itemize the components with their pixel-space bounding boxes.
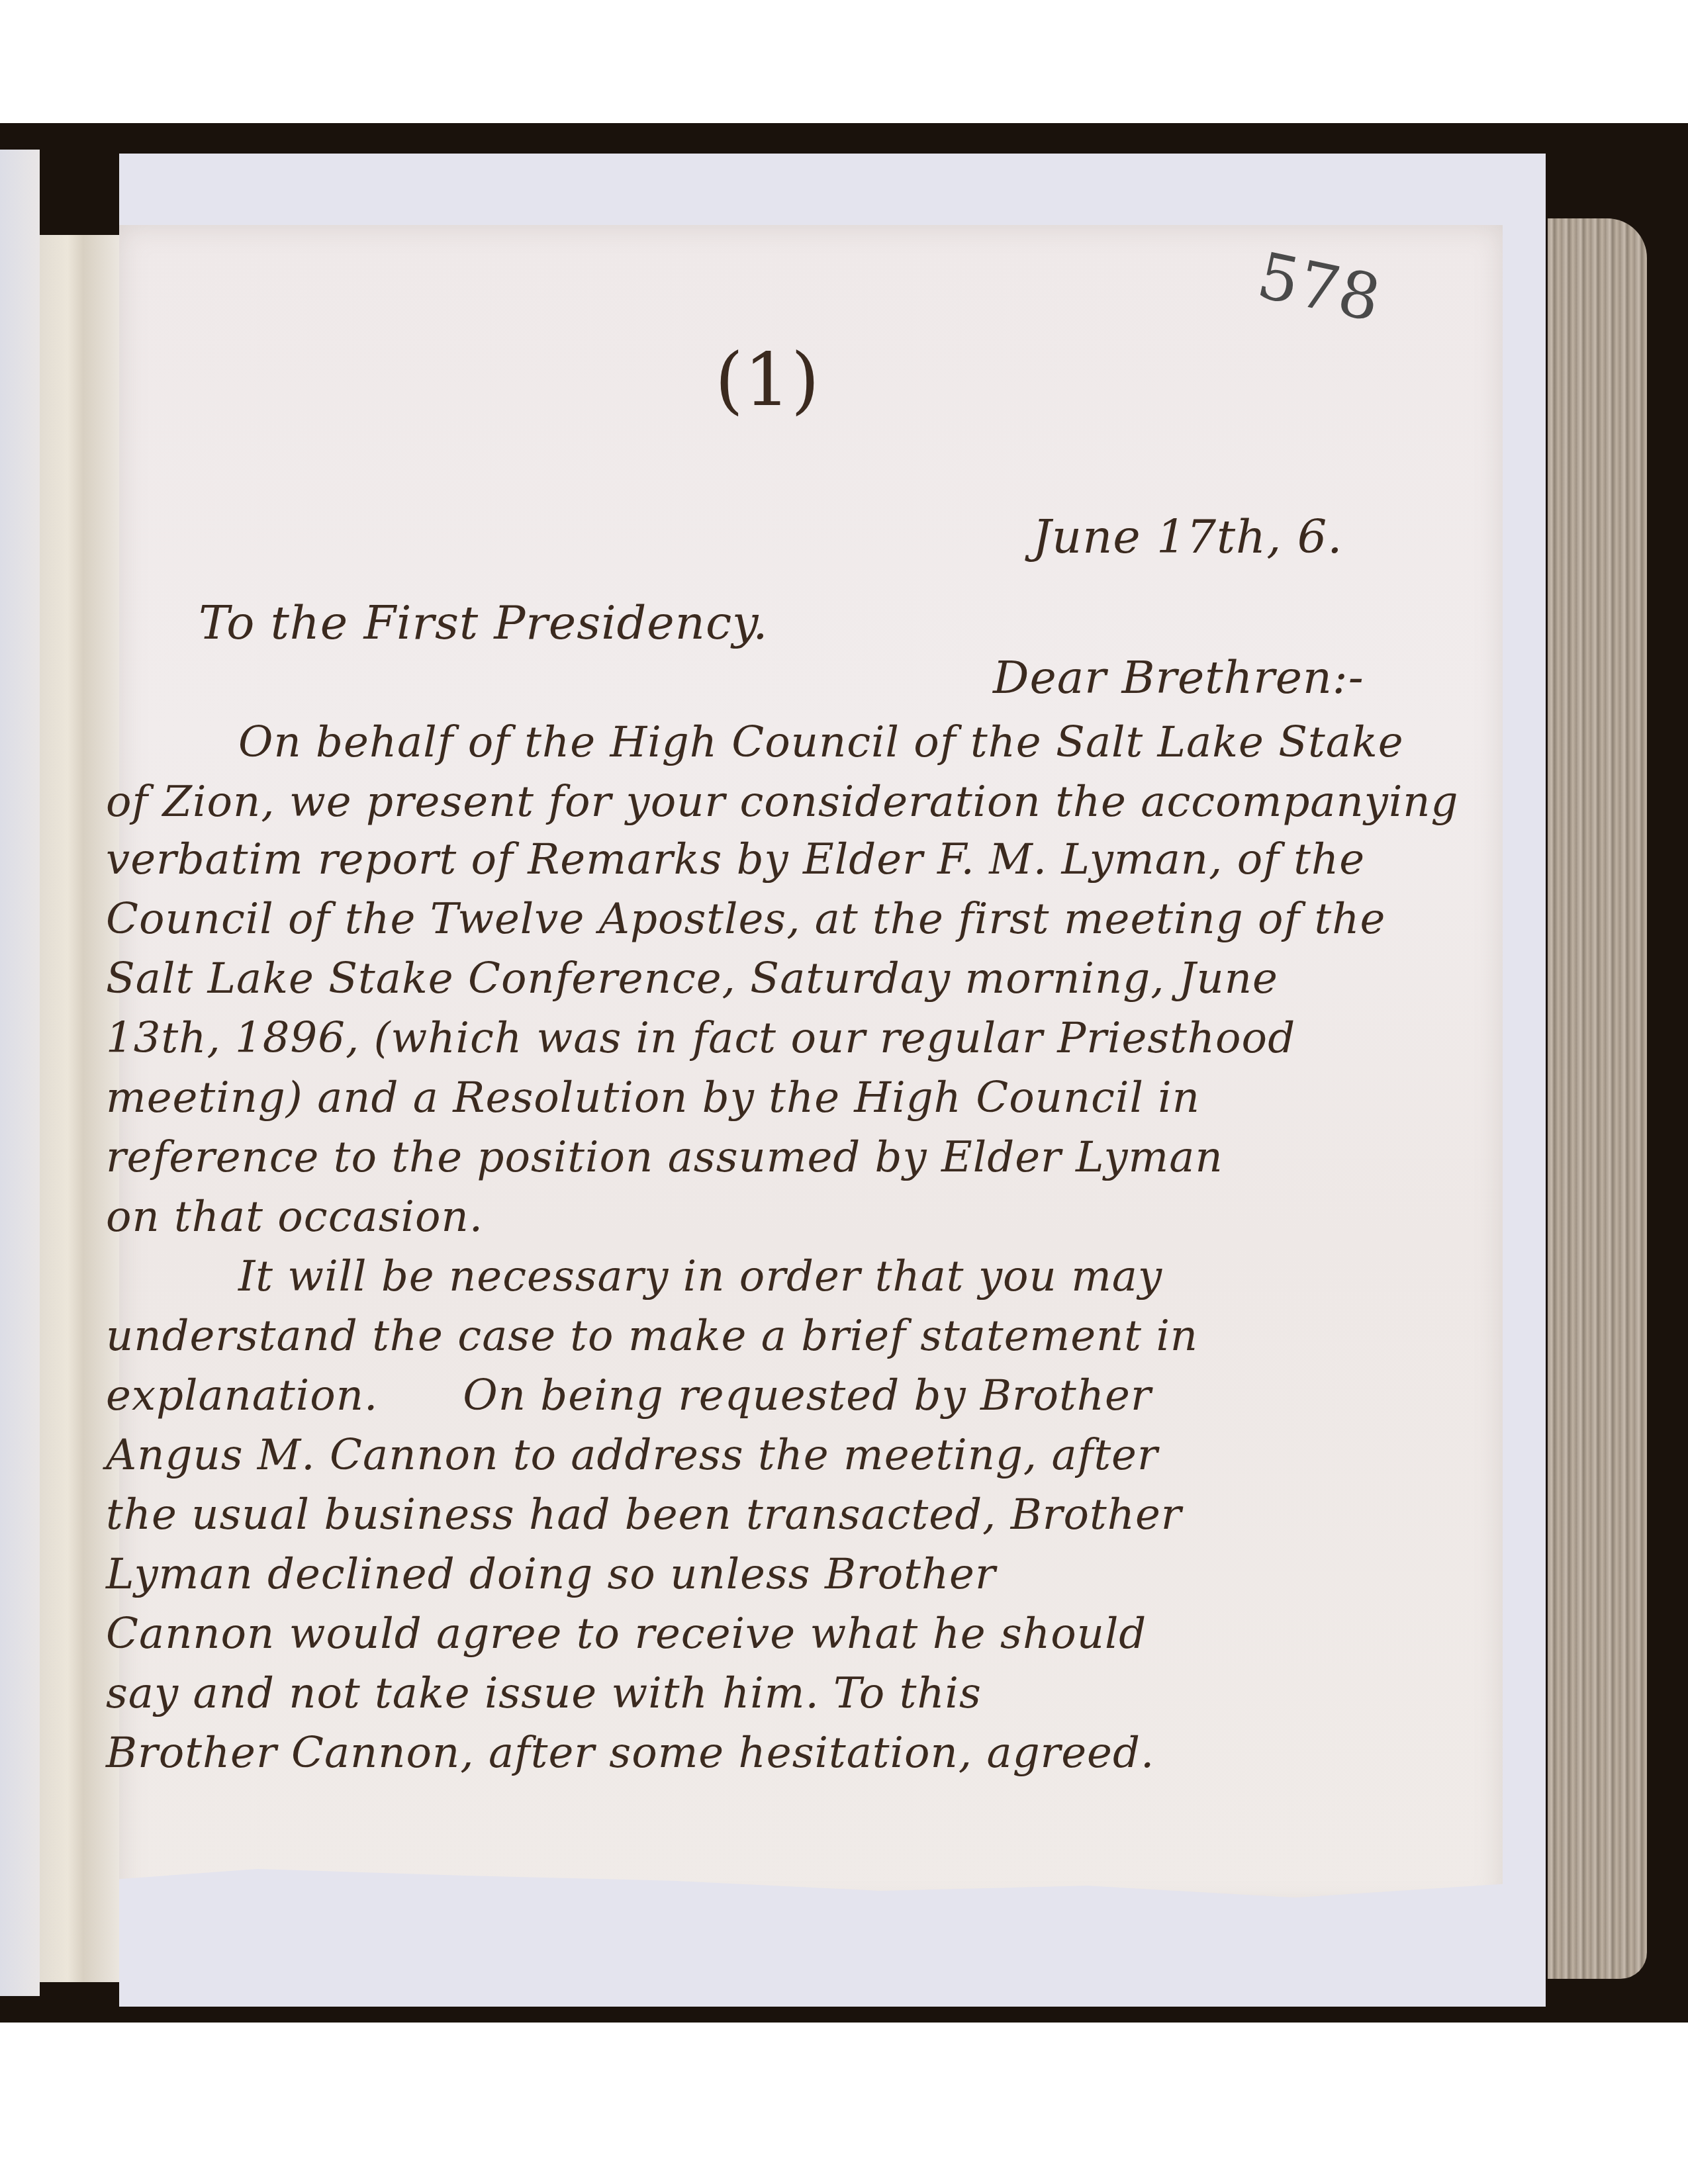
text-line: It will be necessary in order that you m… [238, 1252, 1162, 1301]
text-line: 13th, 1896, (which was in fact our regul… [106, 1014, 1295, 1063]
salutation: Dear Brethren:- [993, 652, 1364, 704]
text-line: understand the case to make a brief stat… [106, 1312, 1198, 1361]
facing-page-edge [0, 150, 40, 1996]
text-line: on that occasion. [106, 1193, 483, 1242]
text-line: say and not take issue with him. To this [106, 1669, 982, 1718]
text-line: On behalf of the High Council of the Sal… [238, 718, 1404, 767]
addressee: To the First Presidency. [199, 596, 769, 650]
text-line: meeting) and a Resolution by the High Co… [106, 1073, 1200, 1122]
text-line: of Zion, we present for your considerati… [106, 778, 1459, 827]
text-line: Angus M. Cannon to address the meeting, … [106, 1431, 1158, 1480]
text-line: Cannon would agree to receive what he sh… [106, 1610, 1147, 1659]
text-line: Council of the Twelve Apostles, at the f… [106, 895, 1385, 944]
text-line: the usual business had been transacted, … [106, 1490, 1182, 1539]
book-page-edges [1548, 218, 1647, 1979]
page-number: (1) [715, 338, 820, 422]
text-line: verbatim report of Remarks by Elder F. M… [106, 835, 1365, 884]
text-line: Brother Cannon, after some hesitation, a… [106, 1729, 1154, 1778]
letter-date: June 17th, 6. [1033, 510, 1342, 564]
text-line: reference to the position assumed by Eld… [106, 1133, 1223, 1182]
text-line: explanation. On being requested by Broth… [106, 1371, 1151, 1420]
text-line: Salt Lake Stake Conference, Saturday mor… [106, 954, 1278, 1003]
text-line: Lyman declined doing so unless Brother [106, 1550, 996, 1599]
